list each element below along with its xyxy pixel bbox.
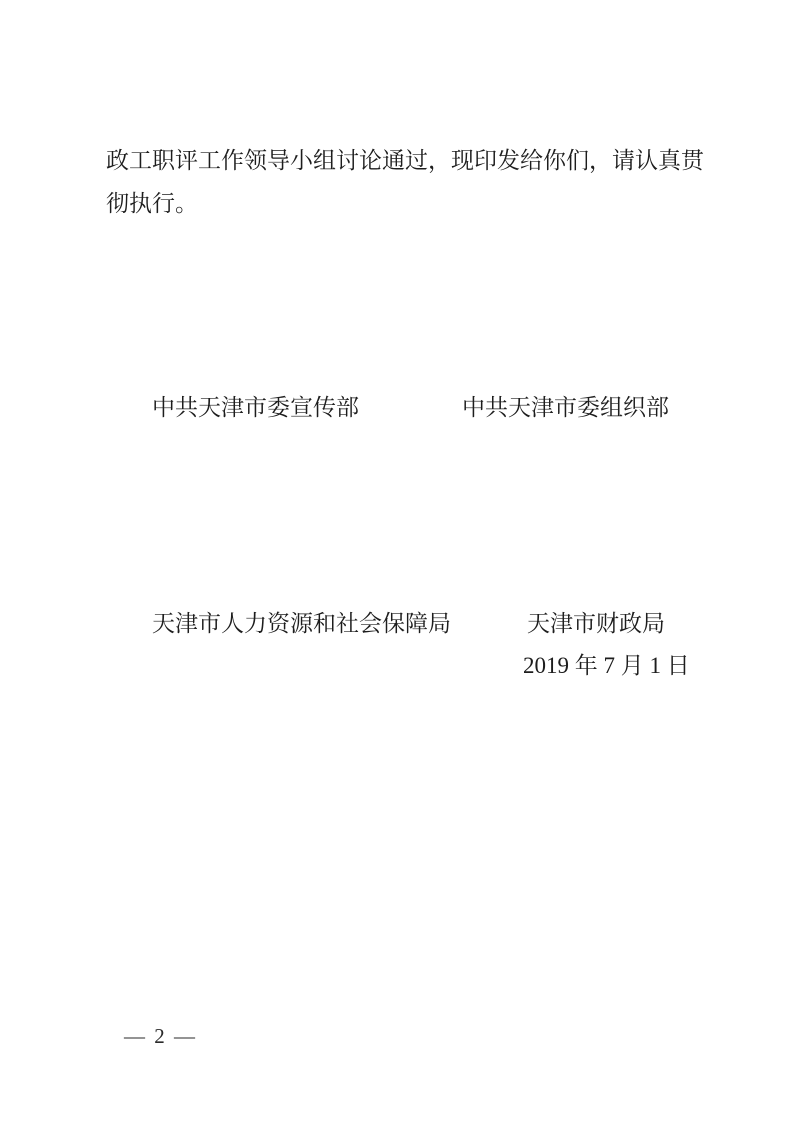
document-date: 2019 年 7 月 1 日 [523,654,690,677]
body-paragraph-line-2: 彻执行。 [106,192,198,215]
signature-org-propaganda-dept: 中共天津市委宣传部 [152,396,359,419]
signature-org-human-resources-bureau: 天津市人力资源和社会保障局 [152,612,451,635]
document-page: 政工职评工作领导小组讨论通过，现印发给你们，请认真贯 彻执行。 中共天津市委宣传… [0,0,793,1122]
page-number: — 2 — [124,1026,195,1047]
signature-org-finance-bureau: 天津市财政局 [527,612,665,635]
signature-org-organization-dept: 中共天津市委组织部 [462,396,669,419]
body-paragraph-line-1: 政工职评工作领导小组讨论通过，现印发给你们，请认真贯 [106,149,704,172]
